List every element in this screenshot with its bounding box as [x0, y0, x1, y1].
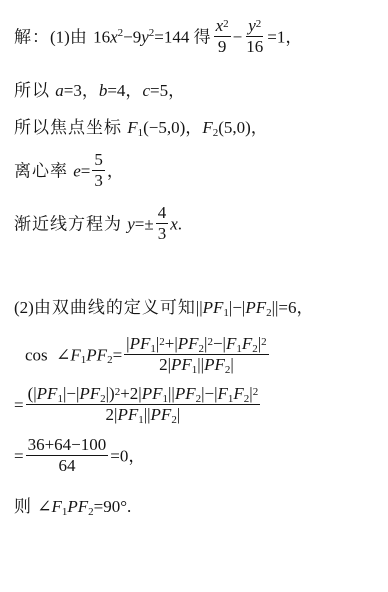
superscript: 2 [253, 386, 259, 398]
superscript: 2 [261, 336, 267, 348]
subscript: 1 [223, 307, 229, 319]
fraction-denominator: 2|PF1||PF2| [157, 355, 236, 375]
math-variable: x [110, 27, 118, 46]
subscript: 2 [225, 364, 231, 376]
fraction: x29 [214, 16, 231, 57]
math-variable: PF [86, 345, 107, 364]
subscript: 1 [138, 127, 144, 139]
math-text: =1， [267, 27, 302, 46]
math-variable: F [233, 384, 243, 403]
superscript: 2 [149, 27, 155, 39]
math-variable: PF [142, 384, 163, 403]
chinese-text: 所以焦点坐标 [14, 118, 127, 137]
math-variable: PF [151, 405, 172, 424]
math-text: =90°. [94, 497, 132, 516]
math-variable: PF [130, 334, 151, 353]
fraction: y216 [244, 16, 265, 57]
math-text: ， [107, 161, 124, 180]
math-text: =144 [154, 27, 193, 46]
math-text: = [81, 161, 91, 180]
solution-line-3: 所以焦点坐标 F1(−5,0)，F2(5,0)， [14, 116, 380, 140]
math-variable: e [73, 161, 81, 180]
superscript: 2 [223, 18, 229, 30]
math-variable: F [127, 118, 137, 137]
chinese-text: 解： [14, 27, 50, 46]
math-text: 16 [93, 27, 110, 46]
math-text: (| [28, 384, 37, 403]
math-text: (2) [14, 298, 34, 317]
math-text: || [196, 298, 203, 317]
math-text: || [144, 405, 151, 424]
math-variable: F [218, 384, 228, 403]
math-variable: c [142, 81, 150, 100]
fraction-denominator: 2|PF1||PF2| [104, 405, 183, 425]
math-text: 36+64−100 [28, 435, 107, 454]
math-variable: a [55, 81, 64, 100]
subscript: 1 [57, 393, 63, 405]
math-text: =4， [107, 81, 142, 100]
subscript: 1 [138, 414, 144, 426]
chinese-text: 渐近线方程为 [14, 214, 127, 233]
fraction-numerator: 36+64−100 [26, 435, 109, 456]
subscript: 2 [171, 414, 177, 426]
math-text: 64 [58, 456, 75, 475]
superscript: 2 [159, 336, 165, 348]
fraction-numerator: y2 [246, 16, 263, 37]
math-text: 2| [106, 405, 118, 424]
math-text: 16 [246, 37, 263, 56]
math-text: 3 [158, 224, 167, 243]
solution-line-9: =36+64−10064=0， [14, 437, 380, 478]
subscript: 2 [107, 354, 113, 366]
math-text: |−| [229, 298, 245, 317]
math-text: ∠ [37, 497, 51, 516]
solution-line-7: cos ∠F1PF2=|PF1|2+|PF2|2−|F1F2|22|PF1||P… [14, 336, 380, 377]
superscript: 2 [115, 386, 121, 398]
math-text: |−| [63, 384, 79, 403]
math-text: −9 [123, 27, 141, 46]
subscript: 2 [266, 307, 272, 319]
subscript: 2 [196, 393, 202, 405]
math-variable: PF [117, 405, 138, 424]
math-variable: y [141, 27, 149, 46]
math-variable: y [127, 214, 135, 233]
math-text: +2| [120, 384, 142, 403]
math-text: =± [135, 214, 154, 233]
math-text: 3 [94, 171, 103, 190]
superscript: 2 [118, 27, 124, 39]
math-text: || [168, 384, 175, 403]
math-variable: F [242, 334, 252, 353]
math-text: 5 [94, 150, 103, 169]
subscript: 1 [163, 393, 169, 405]
math-text: − [233, 27, 243, 46]
subscript: 1 [236, 343, 242, 355]
math-text: = [14, 395, 24, 414]
math-text: ||=6， [272, 298, 314, 317]
math-text: =3， [64, 81, 99, 100]
math-text: = [113, 345, 123, 364]
fraction-numerator: |PF1|2+|PF2|2−|F1F2|2 [124, 334, 268, 355]
subscript: 2 [88, 506, 94, 518]
subscript: 1 [81, 354, 87, 366]
math-variable: PF [204, 355, 225, 374]
math-variable: PF [79, 384, 100, 403]
solution-line-10: 则 ∠F1PF2=90°. [14, 495, 380, 519]
superscript: 2 [207, 336, 213, 348]
math-variable: PF [37, 384, 58, 403]
chinese-text: 得 [194, 27, 212, 46]
solution-line-8: =(|PF1|−|PF2|)2+2|PF1||PF2|−|F1F2|22|PF1… [14, 386, 380, 427]
math-text: 4 [158, 203, 167, 222]
subscript: 1 [228, 393, 234, 405]
math-text: . [178, 214, 182, 233]
solution-line-2: 所以 a=3，b=4，c=5， [14, 79, 380, 103]
fraction: |PF1|2+|PF2|2−|F1F2|22|PF1||PF2| [124, 334, 268, 375]
fraction-numerator: 5 [92, 150, 105, 171]
math-variable: F [52, 497, 62, 516]
math-variable: PF [171, 355, 192, 374]
math-variable: PF [178, 334, 199, 353]
solution-line-4: 离心率 e=53， [14, 152, 380, 193]
math-variable: PF [203, 298, 224, 317]
solution-line-6: (2)由双曲线的定义可知||PF1|−|PF2||=6， [14, 296, 380, 320]
math-text: =5， [150, 81, 185, 100]
subscript: 2 [213, 127, 219, 139]
chinese-text: 由 [70, 27, 93, 46]
chinese-text: 则 [14, 497, 37, 516]
math-variable: F [70, 345, 80, 364]
math-text: +| [165, 334, 178, 353]
fraction-denominator: 16 [244, 37, 265, 57]
math-text: =0， [110, 446, 145, 465]
chinese-text: 所以 [14, 81, 55, 100]
subscript: 1 [192, 364, 198, 376]
chinese-text: 由双曲线的定义可知 [34, 298, 196, 317]
subscript: 1 [150, 343, 156, 355]
fraction-denominator: 9 [216, 37, 229, 57]
subscript: 2 [252, 343, 258, 355]
math-variable: PF [175, 384, 196, 403]
fraction: 53 [92, 150, 105, 191]
math-text: = [14, 446, 24, 465]
fraction: (|PF1|−|PF2|)2+2|PF1||PF2|−|F1F2|22|PF1|… [26, 384, 261, 425]
fraction-numerator: x2 [214, 16, 231, 37]
math-text: | [177, 405, 180, 424]
fraction-numerator: 4 [156, 203, 169, 224]
subscript: 2 [100, 393, 106, 405]
math-variable: PF [245, 298, 266, 317]
math-text: 2| [159, 355, 171, 374]
math-text: | [230, 355, 233, 374]
math-text: |) [106, 384, 115, 403]
fraction-numerator: (|PF1|−|PF2|)2+2|PF1||PF2|−|F1F2|2 [26, 384, 261, 405]
solution-line-1: 解：(1)由 16x2−9y2=144 得x29−y216=1， [14, 18, 380, 59]
math-text: (−5,0)， [143, 118, 202, 137]
subscript: 2 [244, 393, 250, 405]
fraction: 36+64−10064 [26, 435, 109, 476]
math-text: cos ∠ [25, 345, 70, 364]
math-solution-document: 解：(1)由 16x2−9y2=144 得x29−y216=1， 所以 a=3，… [0, 0, 388, 519]
solution-line-5: 渐近线方程为 y=±43x. [14, 205, 380, 246]
chinese-text: 离心率 [14, 161, 73, 180]
math-variable: F [202, 118, 212, 137]
math-variable: PF [67, 497, 88, 516]
math-text: −| [213, 334, 226, 353]
fraction-denominator: 3 [92, 171, 105, 191]
math-text: 9 [218, 37, 227, 56]
math-text: (1) [50, 27, 70, 46]
subscript: 2 [199, 343, 205, 355]
math-text: (5,0)， [218, 118, 268, 137]
math-variable: x [170, 214, 178, 233]
fraction: 43 [156, 203, 169, 244]
fraction-denominator: 3 [156, 224, 169, 244]
math-variable: F [226, 334, 236, 353]
math-text: |−| [201, 384, 217, 403]
subscript: 1 [62, 506, 68, 518]
superscript: 2 [256, 18, 262, 30]
fraction-denominator: 64 [56, 456, 77, 476]
math-variable: y [248, 16, 256, 35]
